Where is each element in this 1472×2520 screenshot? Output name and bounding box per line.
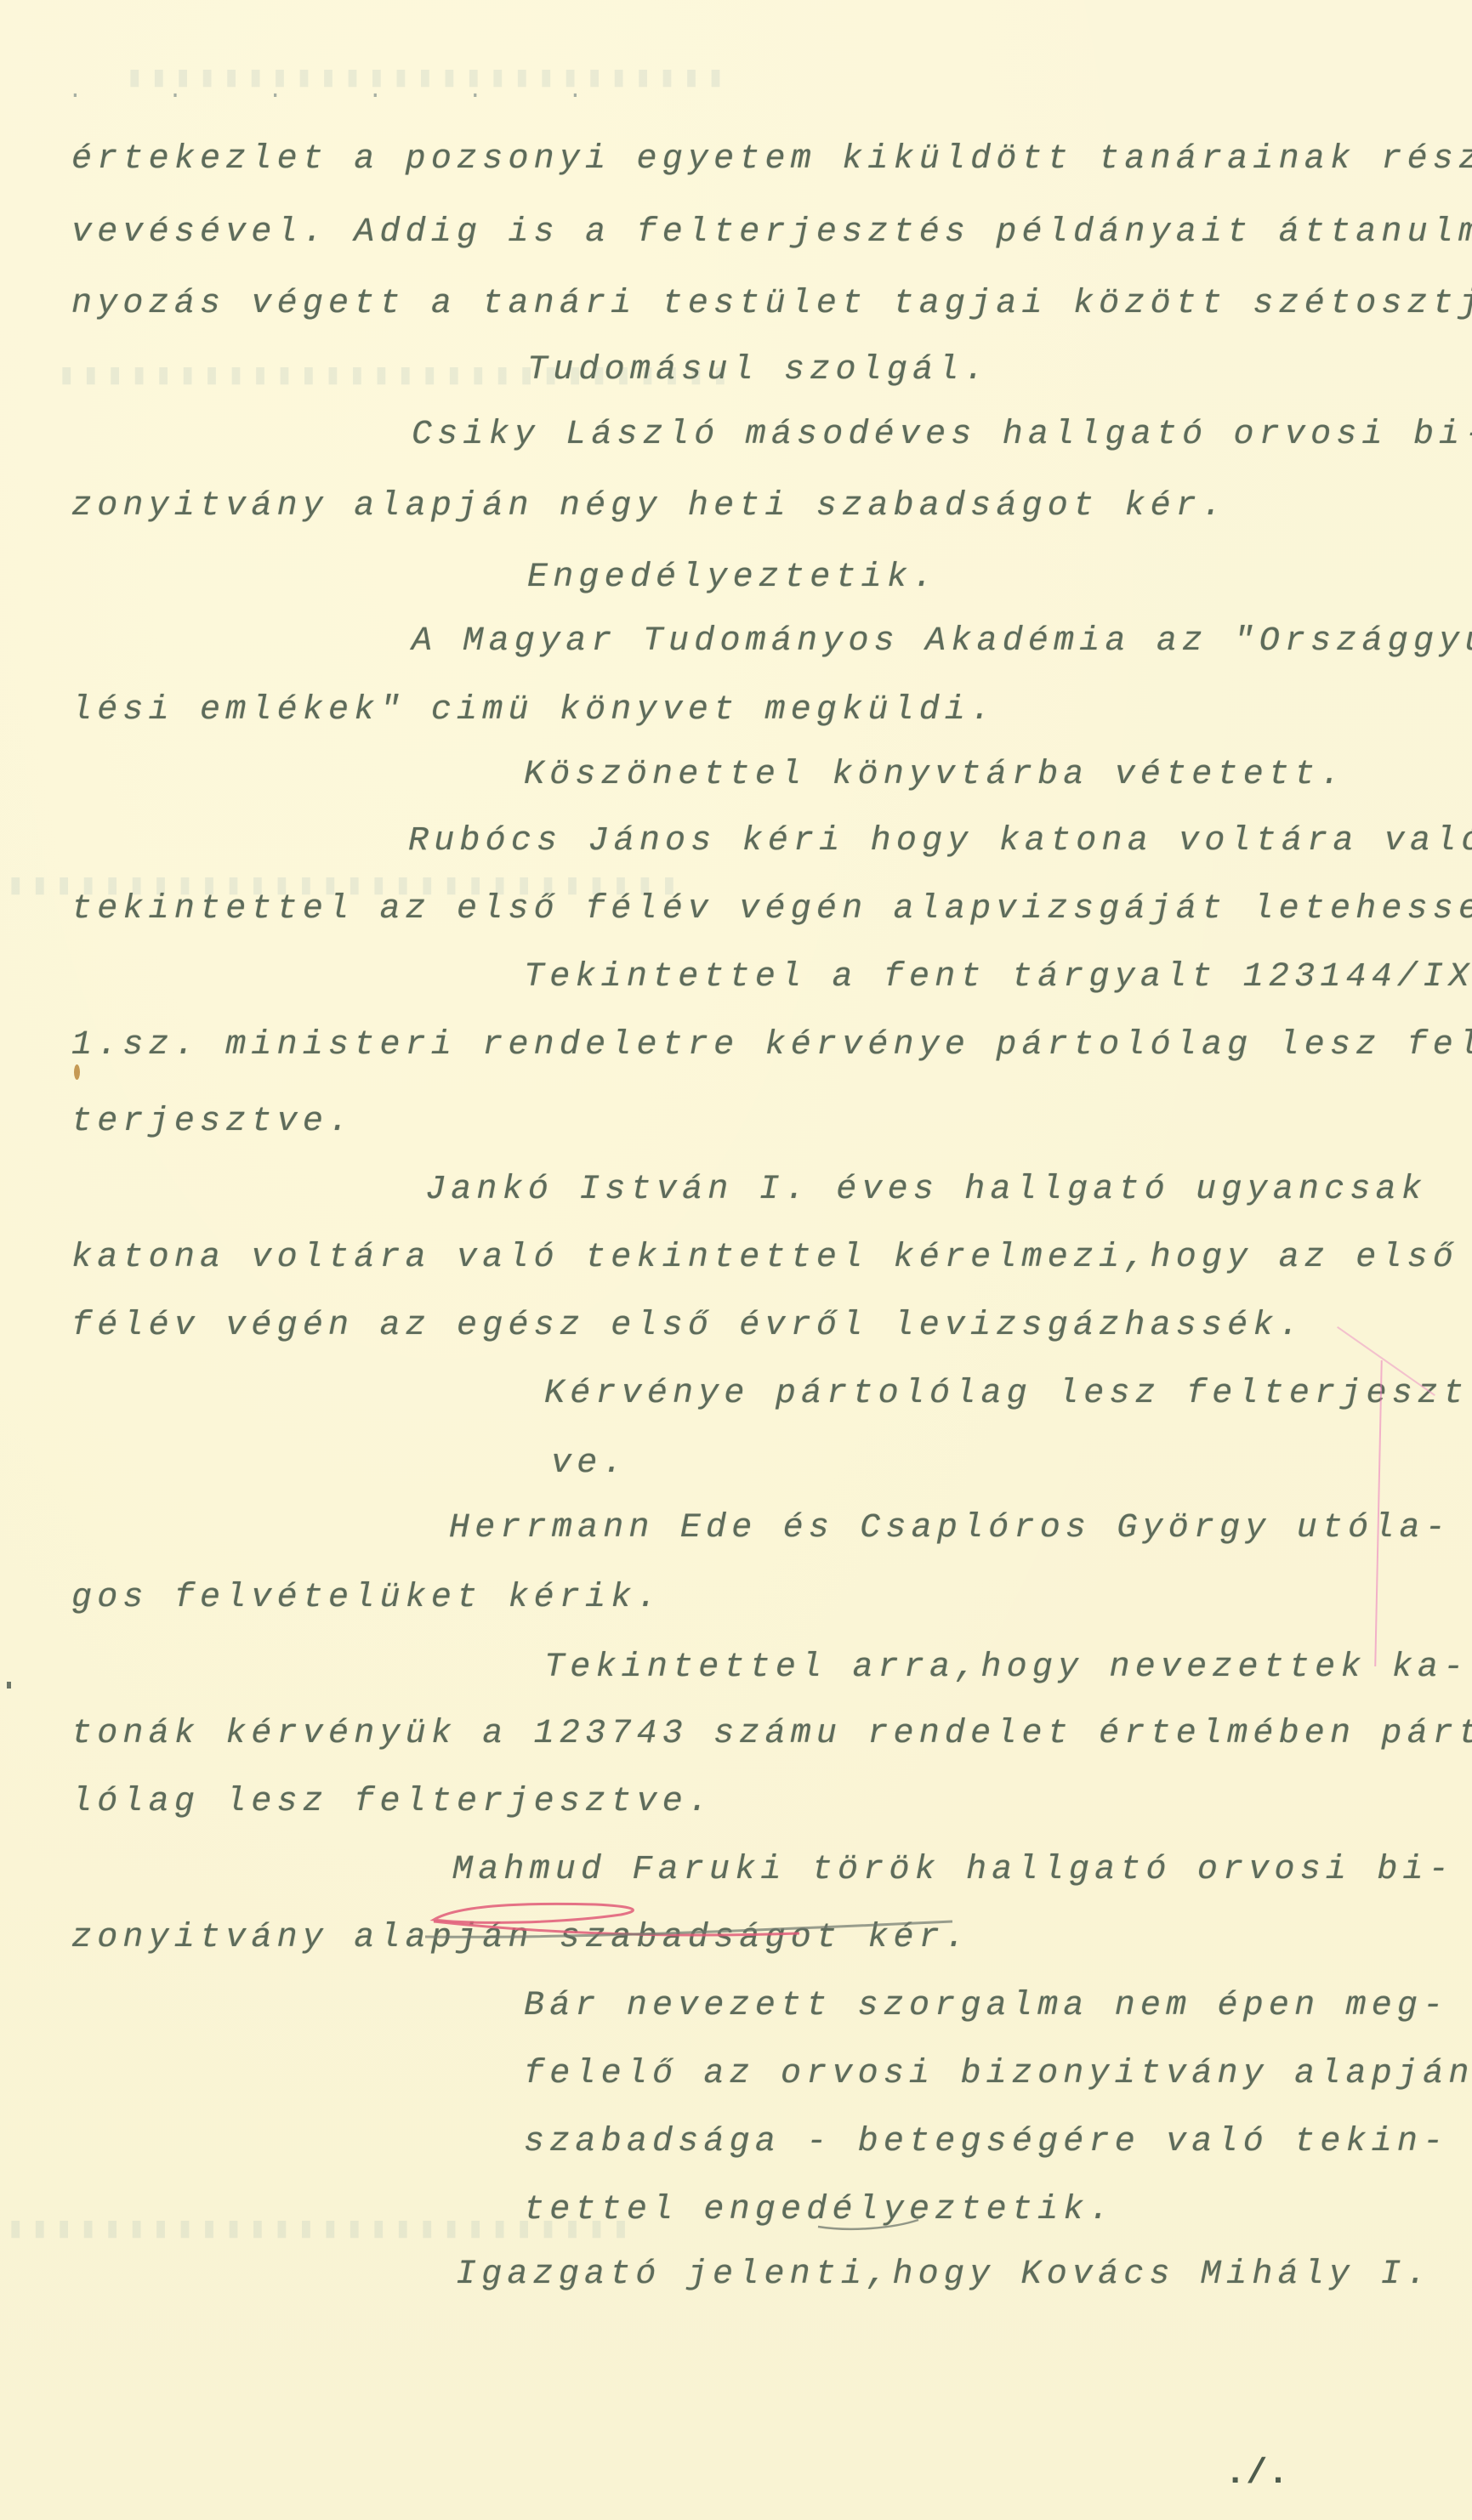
text-line: gos felvételüket kérik. (71, 1581, 662, 1615)
resolution-line: Bár nevezett szorgalma nem épen meg- (524, 1989, 1448, 2023)
resolution-line: lólag lesz felterjesztve. (71, 1785, 713, 1819)
resolution-line: Tekintettel a fent tárgyalt 123144/IX. (524, 961, 1472, 995)
continuation-mark: ./. (1225, 2453, 1289, 2494)
text-line: zonyitvány alapján négy heti szabadságot… (71, 490, 1227, 524)
text-line: félév végén az egész első évről levizsgá… (71, 1309, 1304, 1343)
leader-dots: . . . . . . (68, 78, 618, 105)
resolution-line: Tudomásul szolgál. (527, 354, 990, 388)
text-line: Csiky László másodéves hallgató orvosi b… (412, 418, 1472, 452)
resolution-line: terjesztve. (71, 1105, 354, 1139)
resolution-line: tettel engedélyeztetik. (524, 2194, 1115, 2228)
text-line: katona voltára való tekintettel kérelmez… (71, 1241, 1458, 1275)
resolution-line: Tekintettel arra,hogy nevezettek ka- (544, 1651, 1469, 1685)
text-line: zonyitvány alapján szabadságot kér. (71, 1921, 970, 1955)
resolution-line: felelő az orvosi bizonyitvány alapján (524, 2057, 1472, 2091)
text-line: vevésével. Addig is a felterjesztés péld… (71, 216, 1472, 250)
document-page: ▮▮▮▮▮▮▮▮▮▮▮▮▮▮▮▮▮▮▮▮▮▮▮▮▮ ▮▮▮▮▮▮▮▮▮▮▮▮▮▮… (0, 0, 1472, 2520)
text-line: Herrmann Ede és Csaplóros György utóla- (449, 1512, 1451, 1546)
text-line: A Magyar Tudományos Akadémia az "Országg… (412, 625, 1472, 659)
resolution-line: tonák kérvényük a 123743 számu rendelet … (71, 1717, 1472, 1751)
text-line: értekezlet a pozsonyi egyetem kiküldött … (71, 143, 1472, 177)
margin-mark (7, 1682, 11, 1689)
resolution-line: szabadsága - betegségére való tekin- (524, 2126, 1448, 2160)
resolution-line: 1.sz. ministeri rendeletre kérvénye párt… (71, 1029, 1472, 1063)
paper-stain (74, 1064, 80, 1080)
resolution-line: Köszönettel könyvtárba vétetett. (524, 758, 1346, 792)
text-line: Igazgató jelenti,hogy Kovács Mihály I. (456, 2258, 1432, 2292)
resolution-line: Kérvénye pártolólag lesz felterjeszt- (544, 1377, 1472, 1411)
text-line: tekintettel az első félév végén alapvizs… (71, 893, 1472, 927)
text-line: nyozás végett a tanári testület tagjai k… (71, 287, 1472, 321)
resolution-line: Engedélyeztetik. (527, 561, 938, 595)
text-line: Rubócs János kéri hogy katona voltára va… (408, 825, 1472, 859)
text-line: Jankó István I. éves hallgató ugyancsak (425, 1173, 1427, 1207)
text-line: lési emlékek" cimü könyvet megküldi. (71, 694, 996, 728)
resolution-line: ve. (551, 1447, 628, 1481)
text-line: Mahmud Faruki török hallgató orvosi bi- (452, 1853, 1454, 1887)
